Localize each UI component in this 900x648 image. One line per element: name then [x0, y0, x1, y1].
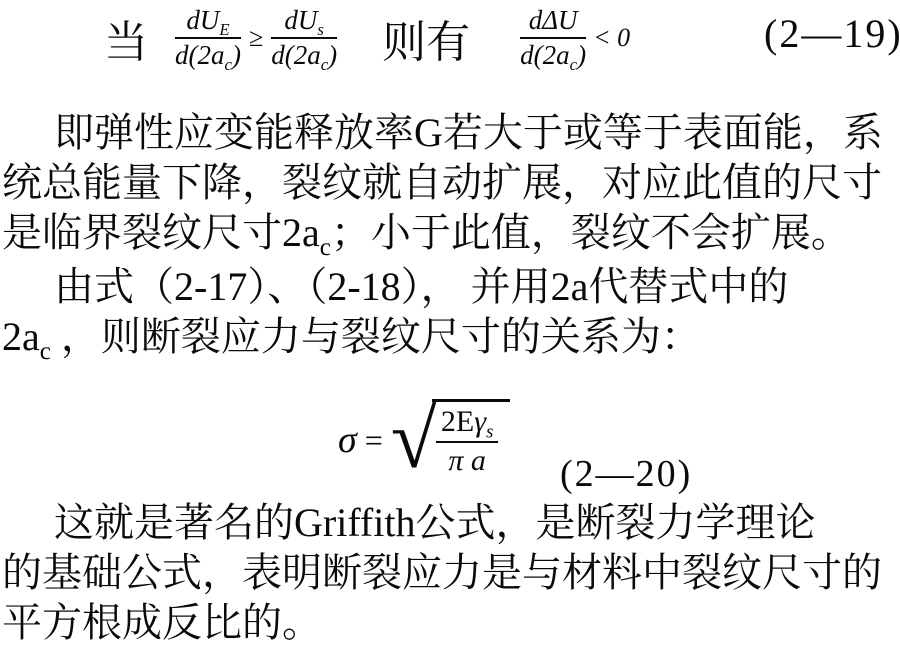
subscript-c: c: [40, 338, 51, 365]
line-segment: 2a: [2, 314, 40, 359]
paragraph-line: 这就是著名的Griffith公式，是断裂力学理论: [2, 498, 898, 548]
line-segment: 是临界裂纹尺寸2a: [2, 210, 320, 255]
fraction-numerator: 2Eγs: [436, 405, 498, 443]
paragraph-line: 的基础公式，表明断裂应力是与材料中裂纹尺寸的: [2, 548, 898, 598]
den-main: d(2a: [175, 40, 225, 70]
geq-symbol: ≥: [249, 23, 263, 53]
less-than-zero: < 0: [593, 23, 630, 53]
num-sub: s: [317, 20, 324, 39]
paragraph-line: 平方根成反比的。: [2, 598, 898, 648]
num-main: dΔU: [529, 5, 578, 35]
num-main: dU: [284, 5, 317, 35]
fraction-denominator: d(2ac): [271, 39, 337, 71]
den-close: ): [328, 40, 337, 70]
num-sub: E: [219, 20, 229, 39]
fraction-dDeltaU: dΔU d(2ac): [520, 5, 586, 71]
eq19-middle-text: 则有: [382, 6, 470, 70]
equation-number-2-20: (2—20): [560, 452, 692, 496]
radical-sign: √: [391, 398, 437, 482]
den-close: ): [232, 40, 241, 70]
paragraph-line: 是临界裂纹尺寸2ac；小于此值，裂纹不会扩展。: [2, 208, 898, 258]
fraction-dUs: dUs d(2ac): [271, 5, 337, 71]
fraction-2Egamma-over-pia: 2Eγs π a: [436, 405, 498, 478]
num-sub: s: [486, 422, 493, 443]
den-sub: c: [570, 55, 577, 74]
sigma-symbol: σ: [338, 418, 357, 462]
fraction-denominator: d(2ac): [520, 39, 586, 71]
square-root: √ 2Eγs π a: [391, 398, 511, 482]
den-sub: c: [225, 55, 232, 74]
fraction-numerator: dΔU: [520, 5, 586, 39]
den-main: d(2a: [520, 40, 570, 70]
fraction-dUE: dUE d(2ac): [175, 5, 241, 71]
den-main: d(2a: [271, 40, 321, 70]
equals-sign: =: [365, 422, 383, 459]
eq19-prefix-text: 当: [104, 6, 148, 70]
subscript-c: c: [320, 234, 331, 261]
paragraph-line: 2ac ，则断裂应力与裂纹尺寸的关系为：: [2, 312, 898, 362]
equation-number-2-19: (2—19): [764, 10, 900, 57]
fraction-denominator: π a: [436, 443, 498, 479]
num-main: dU: [186, 5, 219, 35]
equation-2-20: σ = √ 2Eγs π a: [338, 398, 510, 482]
fraction-denominator: d(2ac): [175, 39, 241, 71]
equation-2-19: 当 dUE d(2ac) ≥ dUs d(2ac) 则有 dΔU d(2ac) …: [104, 2, 630, 74]
num-main: 2E: [441, 405, 474, 438]
den-close: ): [577, 40, 586, 70]
paragraph-3: 这就是著名的Griffith公式，是断裂力学理论 的基础公式，表明断裂应力是与材…: [2, 498, 898, 648]
paragraph-line: 即弹性应变能释放率G若大于或等于表面能，系: [2, 108, 898, 158]
paragraph-1: 即弹性应变能释放率G若大于或等于表面能，系 统总能量下降，裂纹就自动扩展，对应此…: [2, 108, 898, 258]
paragraph-line: 由式（2-17）、（2-18）， 并用2a代替式中的: [2, 262, 898, 312]
line-segment: ；小于此值，裂纹不会扩展。: [331, 210, 851, 255]
paragraph-2: 由式（2-17）、（2-18）， 并用2a代替式中的 2ac ，则断裂应力与裂纹…: [2, 262, 898, 362]
fraction-numerator: dUE: [175, 5, 241, 39]
radicand: 2Eγs π a: [432, 399, 510, 478]
line-segment: ，则断裂应力与裂纹尺寸的关系为：: [51, 314, 701, 359]
fraction-numerator: dUs: [271, 5, 337, 39]
gamma-symbol: γ: [474, 405, 486, 438]
paragraph-line: 统总能量下降，裂纹就自动扩展，对应此值的尺寸: [2, 158, 898, 208]
